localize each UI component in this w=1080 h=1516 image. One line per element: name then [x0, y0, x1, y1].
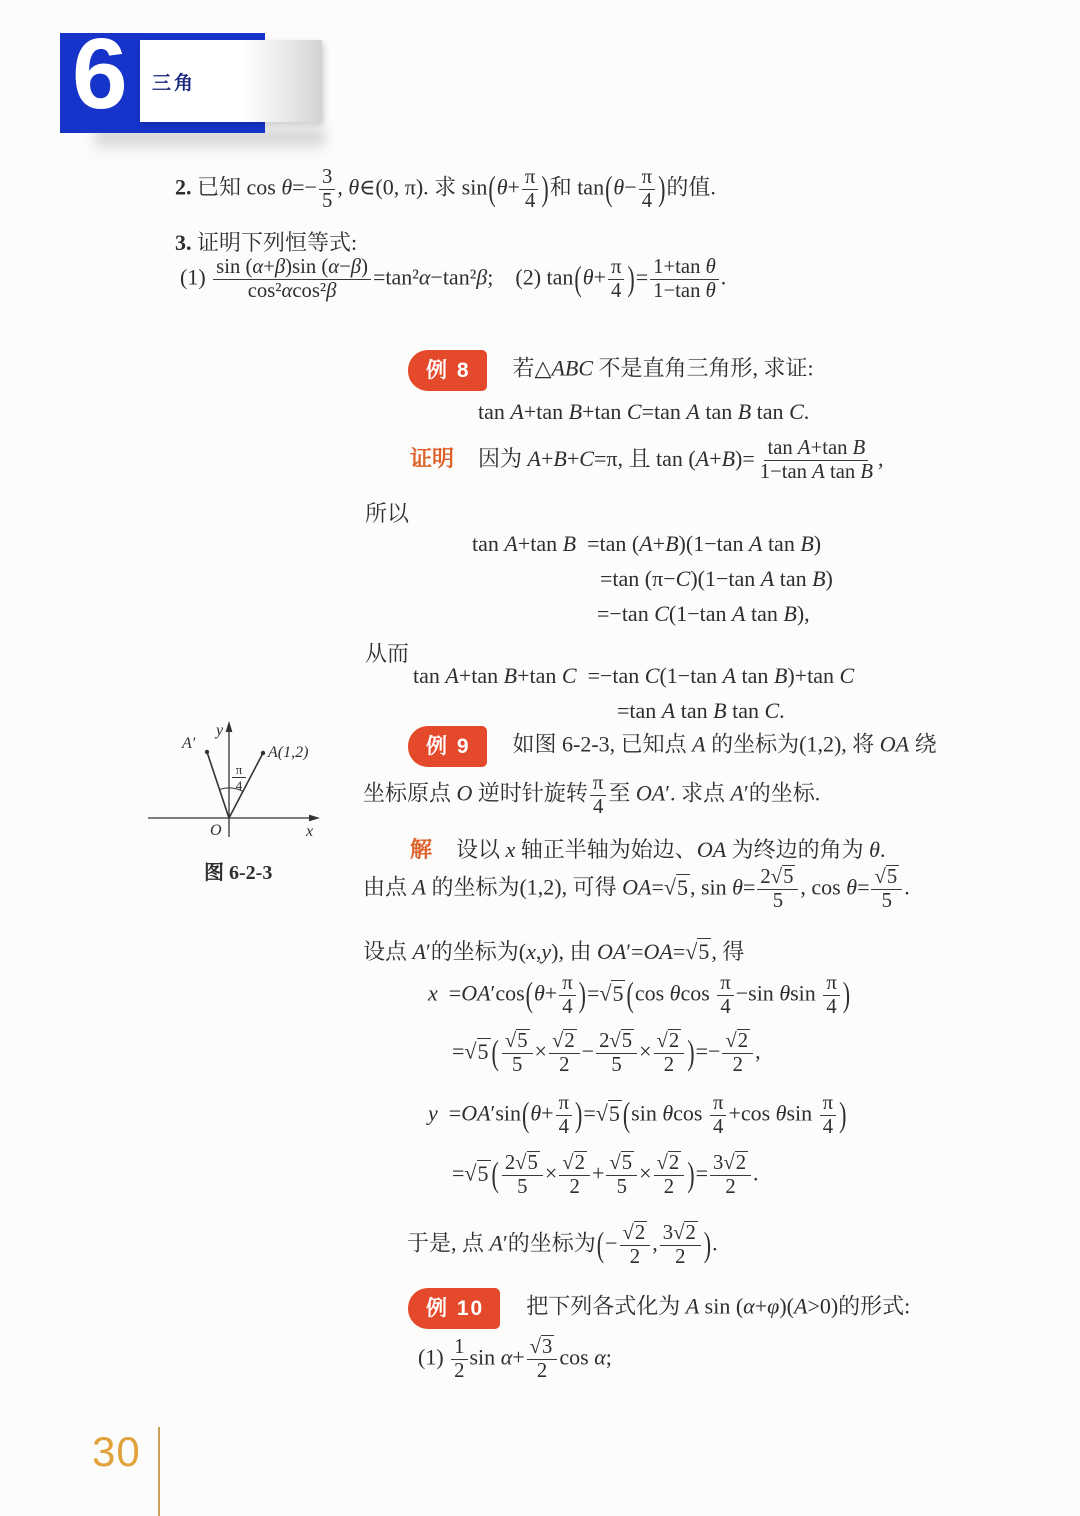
example8-derivation2-1: tan A+tan B+tan C =−tan C(1−tan A tan B)… — [413, 662, 854, 691]
example8-derivation-1: tan A+tan B =tan (A+B)(1−tan A tan B) — [472, 530, 821, 559]
example8-goal: tan A+tan B+tan C=tan A tan B tan C. — [478, 398, 809, 427]
exercise-item-3: 3. 证明下列恒等式: — [175, 229, 357, 258]
example9-eq-y1: y =OA′sin(θ+π4)=√5(sin θcos π4+cos θsin … — [428, 1092, 847, 1139]
example9-solution-line3: 设点 A′的坐标为(x,y), 由 OA′=OA=√5, 得 — [363, 938, 744, 967]
chapter-title: 三角 — [152, 68, 196, 95]
textbook-page: 6 三角 2. 已知 cos θ=−35, θ∈(0, π). 求 sin(θ+… — [0, 0, 1080, 1516]
figure-6-2-3: y x O A′ A(1,2) π 4 — [140, 715, 330, 855]
example9-conclusion: 于是, 点 A′的坐标为(−√22,3√22). — [407, 1222, 718, 1269]
angle-label-numerator: π — [236, 762, 243, 777]
y-axis-arrow-icon — [226, 721, 233, 732]
example8-proof: 证明因为 A+B+C=π, 且 tan (A+B)=tan A+tan B1−t… — [410, 437, 884, 484]
figure-caption: 图 6-2-3 — [204, 856, 272, 885]
example8-derivation2-2: =tan A tan B tan C. — [617, 697, 785, 726]
example9-solution-intro: 设以 x 轴正半轴为始边、OA 为终边的角为 θ. — [456, 837, 885, 862]
example9-statement-line1: 如图 6-2-3, 已知点 A 的坐标为(1,2), 将 OA 绕 — [513, 732, 937, 757]
solution-label: 解 — [410, 837, 432, 862]
example9-solution: 解设以 x 轴正半轴为始边、OA 为终边的角为 θ. — [410, 836, 885, 865]
ray-oa — [229, 753, 263, 818]
chapter-title-card: 三角 — [140, 40, 322, 122]
example8-derivation-3: =−tan C(1−tan A tan B), — [597, 600, 810, 629]
chapter-tab-shadow — [95, 130, 325, 154]
example9-badge: 例 9 — [408, 726, 487, 767]
example8-statement: 若△ABC 不是直角三角形, 求证: — [513, 356, 814, 381]
point-a-prime-label: A′ — [181, 735, 196, 752]
example9-header: 例 9如图 6-2-3, 已知点 A 的坐标为(1,2), 将 OA 绕 — [408, 726, 937, 767]
example8-thus: 从而 — [365, 640, 409, 669]
chapter-number: 6 — [72, 24, 128, 124]
example10-statement: 把下列各式化为 A sin (α+φ)(A>0)的形式: — [526, 1294, 910, 1319]
x-axis-label: x — [305, 823, 313, 840]
point-a-label: A(1,2) — [267, 744, 308, 761]
example8-derivation-2: =tan (π−C)(1−tan A tan B) — [600, 565, 833, 594]
point-a-dot — [261, 751, 265, 755]
ray-oa-prime — [207, 752, 229, 818]
example9-eq-y2: =√5(2√55×√22+√55×√22)=3√22. — [452, 1152, 759, 1199]
example10-item1: (1) 12sin α+√32cos α; — [418, 1336, 612, 1383]
example8-badge: 例 8 — [408, 350, 487, 391]
exercise-item-3-parts: (1) sin (α+β)sin (α−β)cos²αcos²β=tan²α−t… — [180, 256, 726, 303]
example10-badge: 例 10 — [408, 1288, 500, 1329]
page-number: 30 — [92, 1428, 141, 1476]
angle-label-denominator: 4 — [236, 778, 243, 793]
example8-header: 例 8若△ABC 不是直角三角形, 求证: — [408, 350, 814, 391]
example9-eq-x1: x =OA′cos(θ+π4)=√5(cos θcos π4−sin θsin … — [428, 972, 851, 1019]
footer-rule — [158, 1427, 160, 1516]
example9-solution-line2: 由点 A 的坐标为(1,2), 可得 OA=√5, sin θ=2√55, co… — [363, 866, 910, 913]
origin-label: O — [210, 822, 222, 839]
example8-proof-intro: 因为 A+B+C=π, 且 tan (A+B)=tan A+tan B1−tan… — [478, 446, 884, 471]
example8-so: 所以 — [365, 500, 409, 529]
example9-eq-x2: =√5(√55×√22−2√55×√22)=−√22, — [452, 1030, 761, 1077]
x-axis-arrow-icon — [309, 815, 320, 822]
example10-header: 例 10把下列各式化为 A sin (α+φ)(A>0)的形式: — [408, 1288, 910, 1329]
exercise-item-2: 2. 已知 cos θ=−35, θ∈(0, π). 求 sin(θ+π4)和 … — [175, 166, 716, 213]
point-a-prime-dot — [205, 750, 209, 754]
example9-statement-line2: 坐标原点 O 逆时针旋转π4至 OA′. 求点 A′的坐标. — [363, 772, 820, 819]
y-axis-label: y — [214, 722, 224, 739]
proof-label: 证明 — [410, 446, 454, 471]
